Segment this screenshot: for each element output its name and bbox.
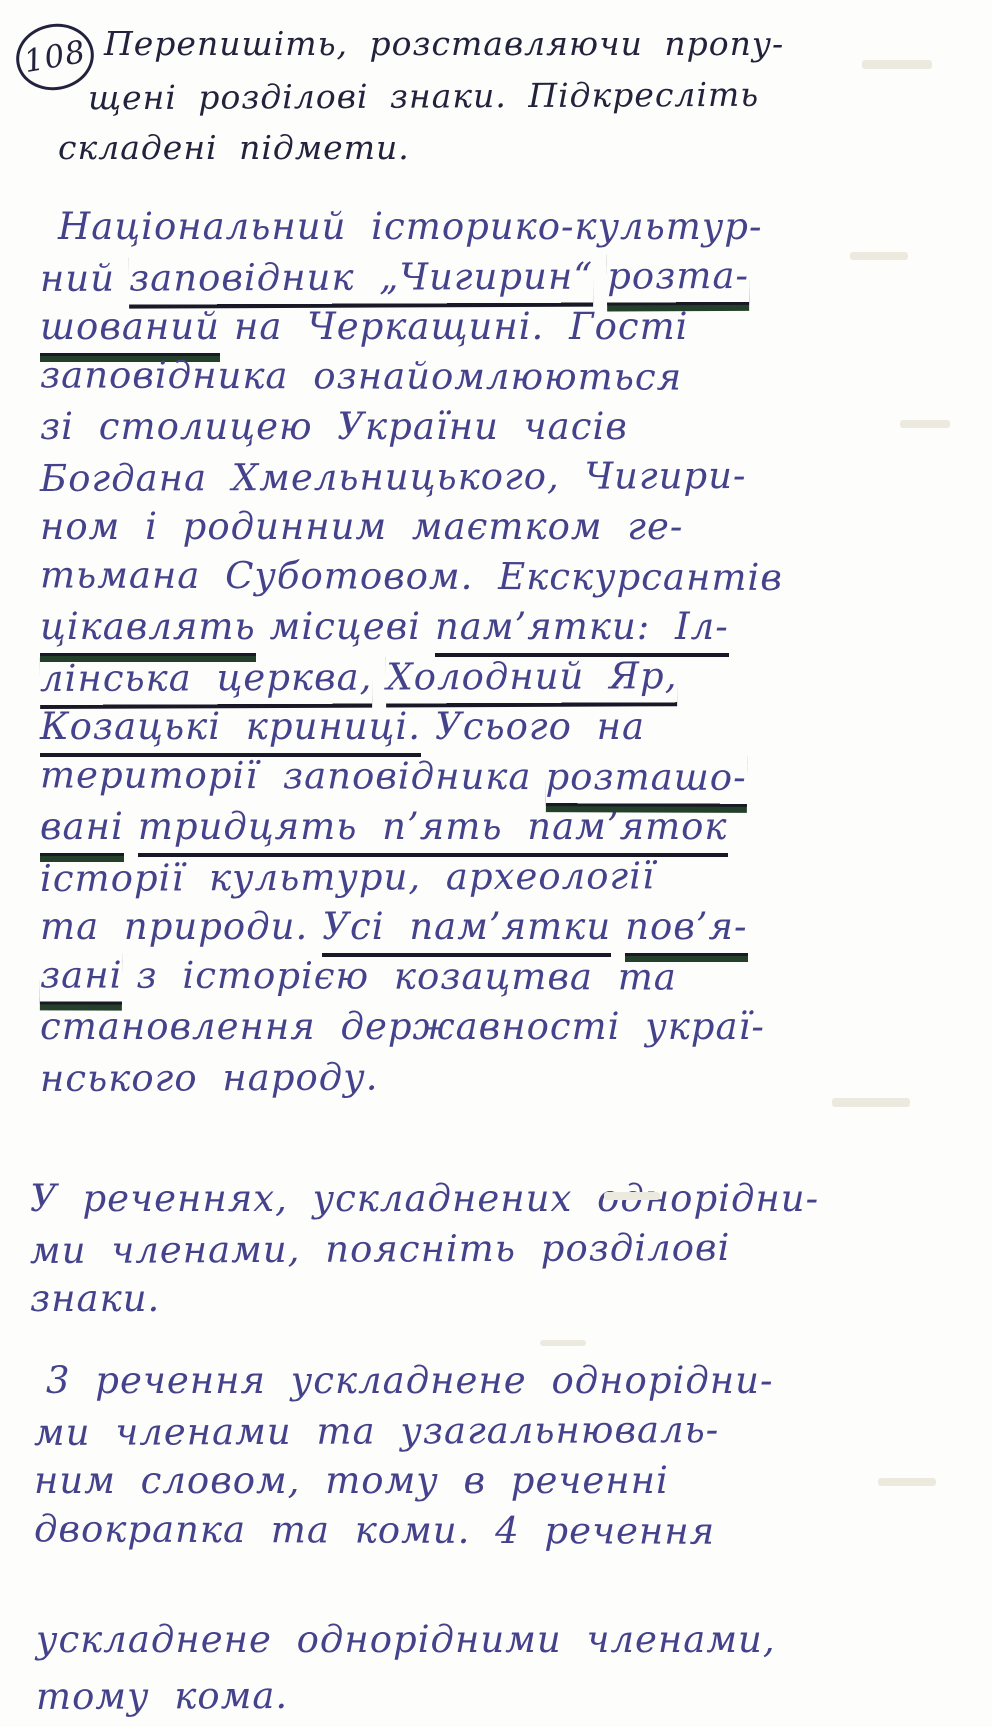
handwriting-line: нського народу.: [40, 1050, 970, 1104]
instruction-line: щені розділові знаки. Підкресліть: [88, 68, 960, 125]
handwriting-line: зі столицею України часів: [40, 402, 970, 452]
handwriting-line: тому кома.: [36, 1665, 970, 1724]
scan-artifact: [832, 1098, 910, 1107]
text-segment: ускладнене однорідними членами,: [36, 1612, 776, 1667]
double-underlined-text: розташо-: [545, 752, 746, 804]
double-underlined-text: розта-: [607, 251, 749, 303]
underlined-text: Козацькі криниці.: [40, 702, 421, 753]
text-segment: зі столицею України часів: [40, 402, 628, 452]
handwriting-line: Козацькі криниці.Усього на: [40, 702, 970, 752]
underlined-text: Усі пам’ятки: [322, 902, 611, 953]
text-segment: заповідника ознайомлюються: [40, 350, 682, 402]
handwriting-line: У реченнях, ускладнених однорідни-: [30, 1174, 970, 1224]
exercise-instruction: Перепишіть, розставляючи пропу- щені роз…: [0, 18, 960, 174]
text-segment: становлення державності украї-: [40, 1002, 765, 1052]
text-segment: тому кома.: [36, 1668, 288, 1724]
handwriting-line: нийзаповідник „Чигирин“розта-: [40, 250, 970, 304]
handwriting-line: Богдана Хмельницького, Чигири-: [40, 450, 970, 504]
text-segment: території заповідника: [40, 750, 532, 802]
underlined-text: лінська церква,: [40, 653, 373, 705]
handwriting-line: лінська церква,Холодний Яр,: [40, 650, 970, 704]
text-segment: Богдана Хмельницького, Чигири-: [40, 451, 747, 504]
double-underlined-text: цікавлять: [40, 602, 256, 653]
scan-artifact: [604, 1192, 660, 1200]
text-segment: У реченнях, ускладнених однорідни-: [30, 1174, 819, 1224]
handwriting-line: становлення державності украї-: [40, 1002, 970, 1052]
handwriting-line: ванітридцять п’ять пам’яток: [40, 802, 970, 852]
handwriting-line: тьмана Суботовом. Екскурсантів: [40, 550, 970, 603]
double-underlined-text: пов’я-: [625, 902, 747, 953]
handwriting-line: 3 речення ускладнене однорідни-: [46, 1356, 970, 1406]
handwriting-line: шованийна Черкащині. Гості: [40, 302, 970, 352]
handwriting-line: ускладнене однорідними членами,: [36, 1612, 970, 1667]
handwriting-line: ми членами, поясніть розділові: [30, 1222, 970, 1276]
handwriting-line: та природи.Усі пам’яткипов’я-: [40, 902, 970, 952]
text-segment: історії культури, археології: [40, 851, 655, 904]
underlined-text: тридцять п’ять пам’яток: [138, 802, 728, 853]
handwriting-line: ним словом, тому в реченні: [34, 1456, 970, 1506]
scan-artifact: [862, 60, 932, 69]
scan-artifact: [878, 1478, 936, 1486]
text-segment: з історією козацтва та: [136, 951, 677, 1003]
handwriting-line: двокрапка та коми. 4 речення: [34, 1504, 970, 1557]
handwriting-line: ми членами та узагальнюваль-: [34, 1404, 970, 1458]
text-segment: двокрапка та коми. 4 речення: [34, 1504, 715, 1556]
underlined-text: заповідник „Чигирин“: [129, 252, 593, 305]
text-segment: на Черкащині. Гості: [234, 302, 689, 352]
scan-artifact: [850, 252, 908, 260]
text-segment: ном і родинним маєтком ге-: [40, 502, 683, 552]
handwriting-line: цікавлятьмісцевіпам’ятки: Іл-: [40, 602, 970, 652]
text-segment: 3 речення ускладнене однорідни-: [46, 1356, 774, 1406]
notebook-page: 108 Перепишіть, розставляючи пропу- щені…: [0, 0, 992, 1727]
handwriting-line: Національний історико-культур-: [58, 202, 970, 252]
scan-artifact: [900, 420, 950, 428]
text-segment: ним словом, тому в реченні: [34, 1456, 669, 1506]
handwriting-line: історії культури, археології: [40, 850, 970, 904]
instruction-line: Перепишіть, розставляючи пропу-: [104, 18, 960, 70]
text-segment: ний: [40, 254, 115, 304]
handwriting-line: заповідника ознайомлюються: [40, 350, 970, 403]
text-segment: знаки.: [30, 1274, 160, 1324]
instruction-line: складені підмети.: [58, 122, 960, 174]
double-underlined-text: зані: [40, 950, 123, 1001]
text-segment: Усього на: [435, 702, 645, 752]
handwriting-line: знаки.: [30, 1274, 970, 1324]
double-underlined-text: вані: [40, 802, 124, 853]
text-segment: ми членами та узагальнюваль-: [34, 1405, 719, 1458]
answer-paragraph-sentence-3: 3 речення ускладнене однорідни-ми членам…: [0, 1356, 970, 1556]
answer-paragraph-explanation-task: У реченнях, ускладнених однорідни-ми чле…: [0, 1174, 970, 1324]
answer-paragraph-main-text: Національний історико-культур-нийзаповід…: [0, 202, 970, 1102]
text-segment: Національний історико-культур-: [58, 202, 762, 252]
answer-paragraph-sentence-4: ускладнене однорідними членами,тому кома…: [0, 1612, 970, 1722]
text-segment: тьмана Суботовом. Екскурсантів: [40, 550, 783, 603]
handwriting-line: ном і родинним маєтком ге-: [40, 502, 970, 552]
text-segment: місцеві: [270, 602, 421, 652]
handwriting-line: території заповідникарозташо-: [40, 750, 970, 803]
underlined-text: пам’ятки: Іл-: [435, 602, 729, 653]
handwriting-line: заніз історією козацтва та: [40, 950, 970, 1003]
text-segment: та природи.: [40, 902, 308, 952]
text-segment: ми членами, поясніть розділові: [30, 1223, 731, 1276]
double-underlined-text: шований: [40, 302, 220, 353]
text-segment: нського народу.: [40, 1053, 379, 1104]
scan-artifact: [540, 1340, 586, 1346]
underlined-text: Холодний Яр,: [386, 651, 677, 703]
